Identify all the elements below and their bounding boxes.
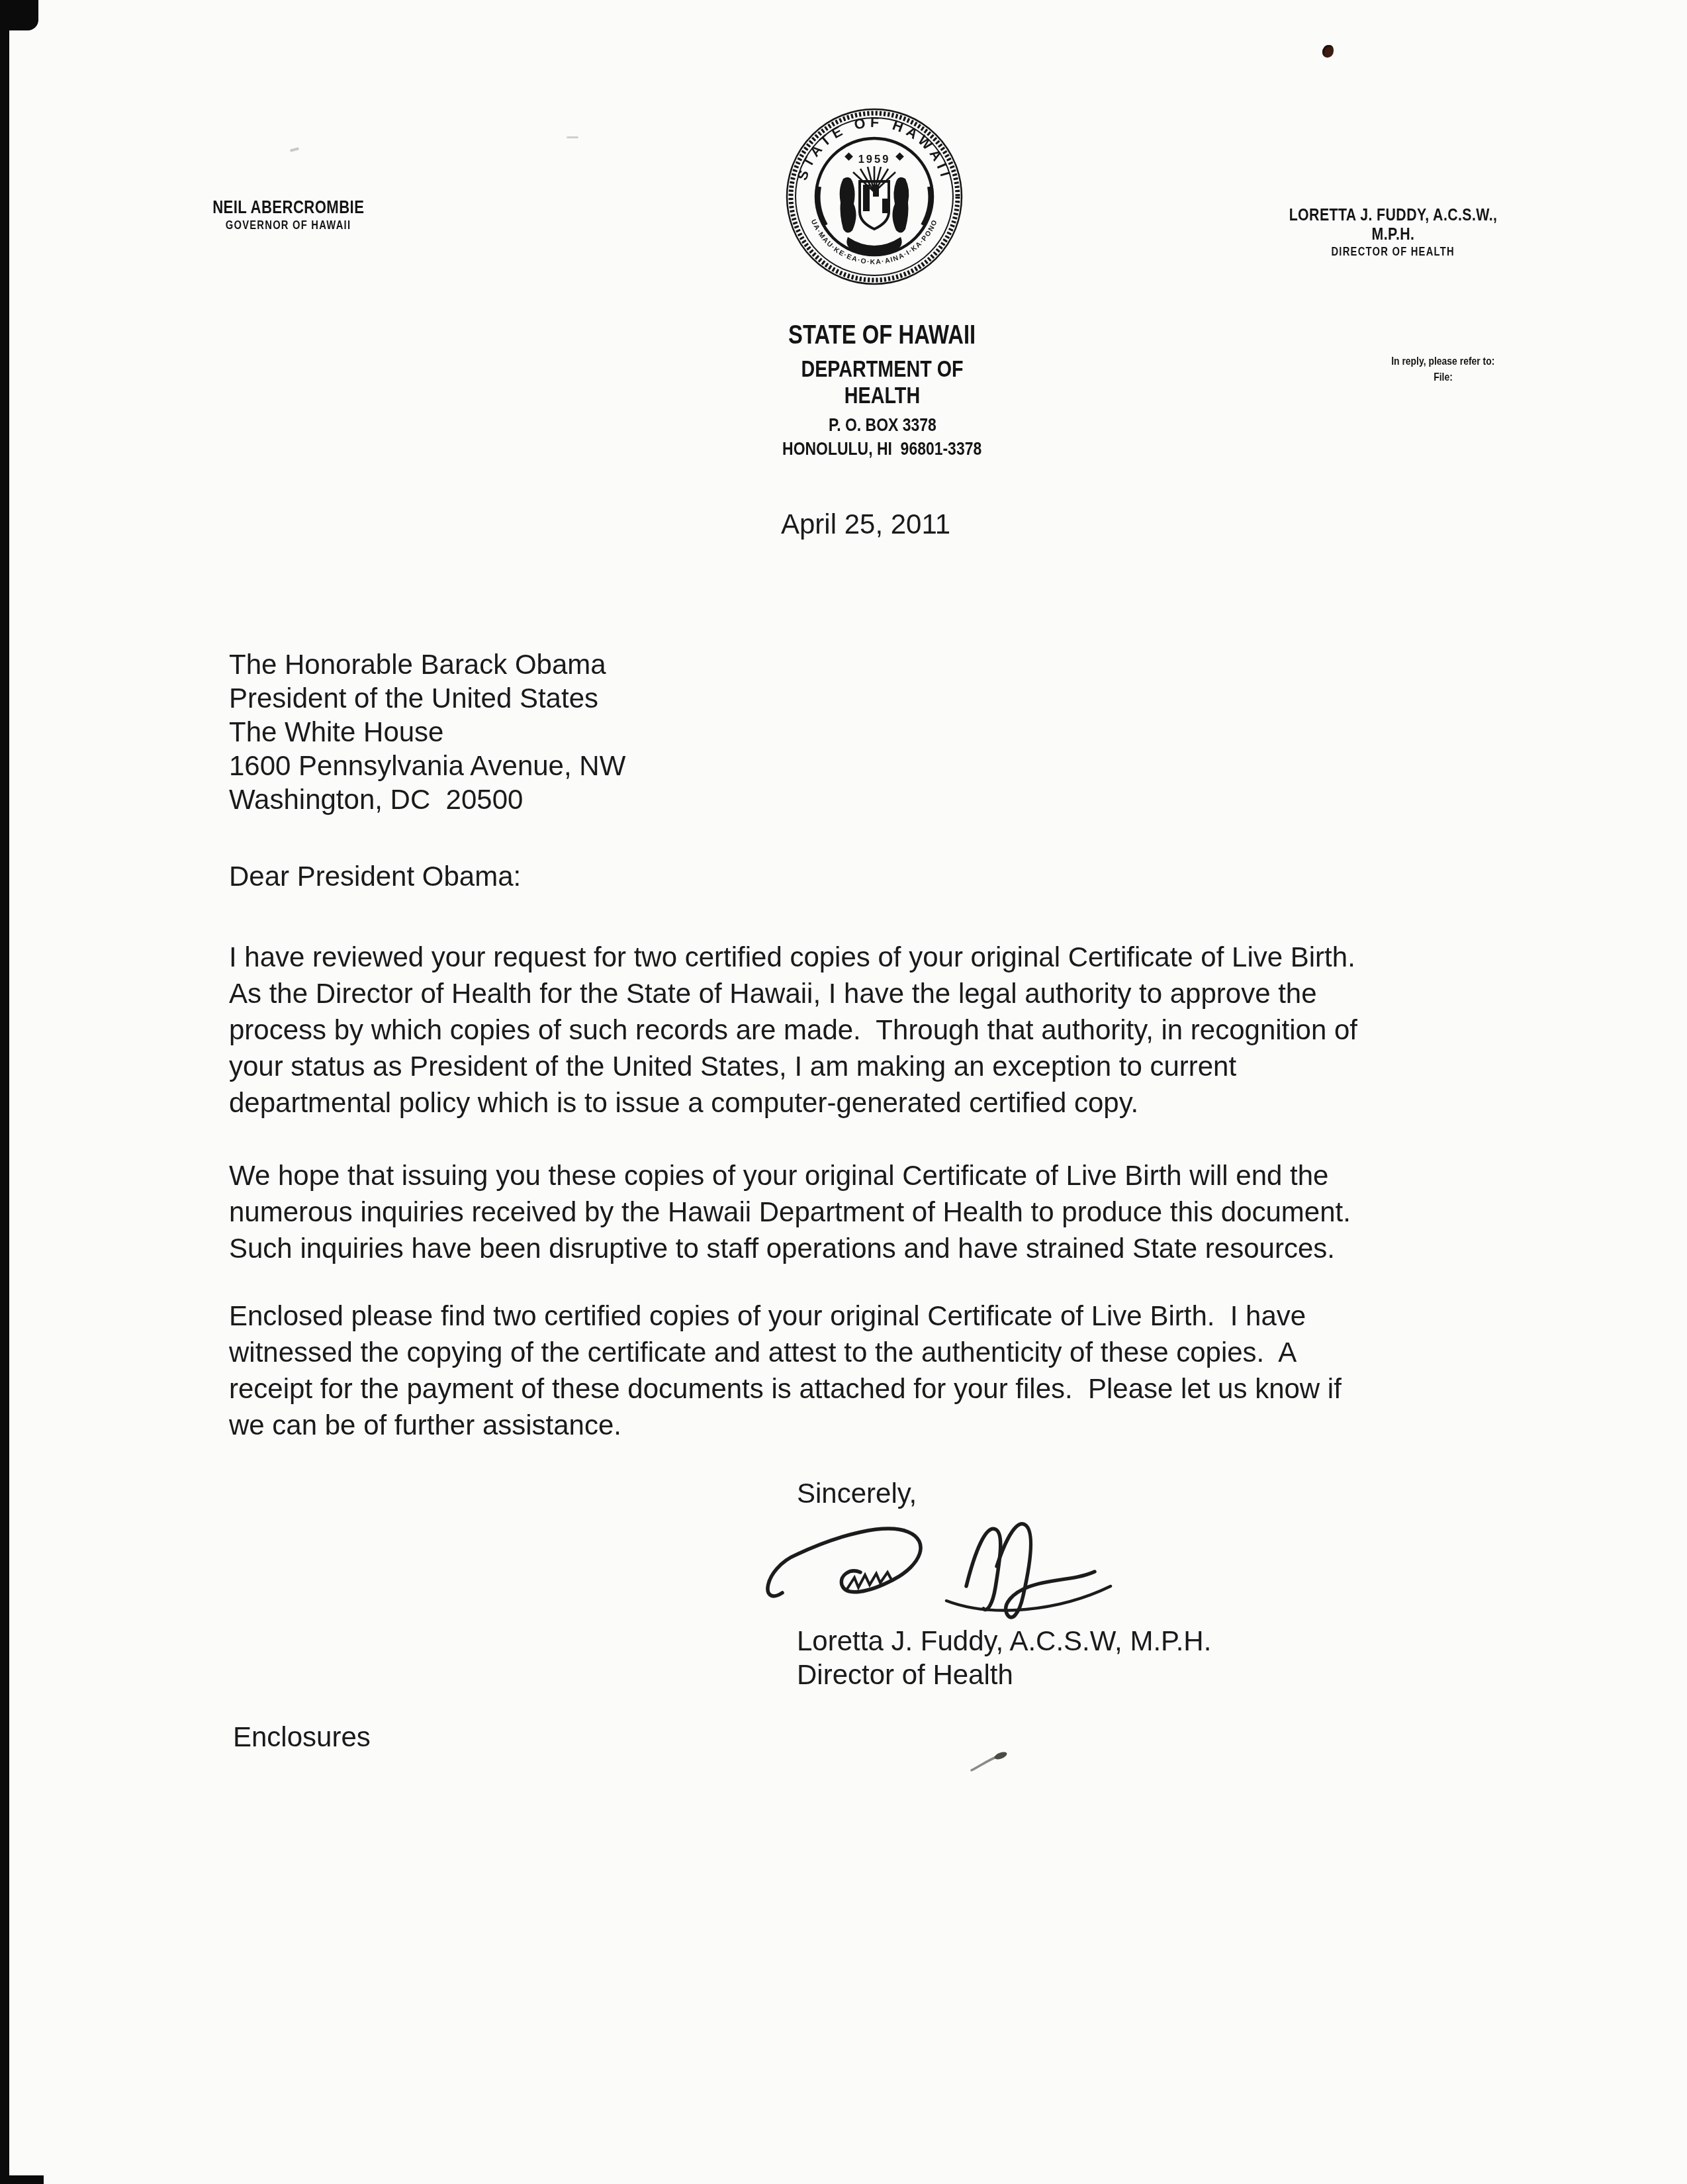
agency-address-block: STATE OF HAWAII DEPARTMENT OF HEALTH P. … (750, 320, 1015, 459)
body-line: I have reviewed your request for two cer… (229, 939, 1529, 975)
director-block: LORETTA J. FUDDY, A.C.S.W., M.P.H. DIREC… (1244, 205, 1542, 258)
letter-date: April 25, 2011 (781, 508, 950, 540)
body-line: we can be of further assistance. (229, 1407, 1529, 1443)
scan-edge-left (0, 0, 9, 2184)
paragraph-1: I have reviewed your request for two cer… (229, 939, 1529, 1121)
scan-speck (290, 147, 300, 152)
salutation: Dear President Obama: (229, 861, 521, 892)
seal-year: 1959 (858, 154, 891, 166)
paragraph-3: Enclosed please find two certified copie… (229, 1298, 1529, 1443)
body-line: departmental policy which is to issue a … (229, 1084, 1529, 1121)
recipient-line: 1600 Pennsylvania Avenue, NW (229, 749, 625, 783)
agency-city-zip: HONOLULU, HI 96801-3378 (782, 438, 981, 459)
body-line: We hope that issuing you these copies of… (229, 1157, 1529, 1194)
director-title: DIRECTOR OF HEALTH (1332, 245, 1455, 258)
scan-edge-bottom-left (0, 2175, 44, 2184)
body-line: receipt for the payment of these documen… (229, 1370, 1529, 1407)
governor-block: NEIL ABERCROMBIE GOVERNOR OF HAWAII (169, 197, 408, 232)
seal-left-supporter (840, 177, 856, 233)
body-line: numerous inquiries received by the Hawai… (229, 1194, 1529, 1230)
agency-department: DEPARTMENT OF HEALTH (774, 356, 991, 409)
body-line: Such inquiries have been disruptive to s… (229, 1230, 1529, 1266)
seal-motto-text: UA·MAU·KE·EA·O·KA·AINA·I·KA·PONO (809, 218, 939, 266)
stain-speck (1322, 45, 1334, 58)
scan-speck (567, 136, 578, 138)
body-line: Enclosed please find two certified copie… (229, 1298, 1529, 1334)
seal-right-supporter (892, 177, 909, 233)
paragraph-2: We hope that issuing you these copies of… (229, 1157, 1529, 1266)
recipient-line: The Honorable Barack Obama (229, 647, 625, 681)
signature (748, 1488, 1145, 1640)
hawaii-state-seal-icon: STATE OF HAWAII UA·MAU·KE·EA·O·KA·AINA·I… (785, 107, 964, 286)
agency-state: STATE OF HAWAII (788, 320, 976, 350)
governor-name: NEIL ABERCROMBIE (212, 197, 364, 217)
svg-text:UA·MAU·KE·EA·O·KA·AINA·I·KA·PO: UA·MAU·KE·EA·O·KA·AINA·I·KA·PONO (809, 218, 939, 266)
director-name: LORETTA J. FUDDY, A.C.S.W., M.P.H. (1271, 205, 1516, 244)
body-line: process by which copies of such records … (229, 1012, 1529, 1048)
recipient-line: Washington, DC 20500 (229, 783, 625, 816)
seal-base (846, 237, 901, 256)
body-line: witnessed the copying of the certificate… (229, 1334, 1529, 1370)
body-line: As the Director of Health for the State … (229, 975, 1529, 1012)
enclosures-note: Enclosures (233, 1721, 371, 1753)
signer-title: Director of Health (797, 1659, 1013, 1691)
recipient-address-block: The Honorable Barack Obama President of … (229, 647, 625, 816)
recipient-line: President of the United States (229, 681, 625, 715)
scanned-letter-page: NEIL ABERCROMBIE GOVERNOR OF HAWAII LORE… (0, 0, 1687, 2184)
agency-po-box: P. O. BOX 3378 (829, 414, 936, 436)
body-line: your status as President of the United S… (229, 1048, 1529, 1084)
reply-note-line: In reply, please refer to: (1391, 355, 1494, 368)
pen-mark (968, 1749, 1015, 1776)
recipient-line: The White House (229, 715, 625, 749)
signer-name: Loretta J. Fuddy, A.C.S.W, M.P.H. (797, 1625, 1211, 1657)
reply-reference-block: In reply, please refer to: File: (1324, 355, 1562, 384)
scan-edge-top-left (0, 0, 38, 30)
governor-title: GOVERNOR OF HAWAII (226, 218, 351, 232)
reply-file-label: File: (1434, 371, 1453, 384)
